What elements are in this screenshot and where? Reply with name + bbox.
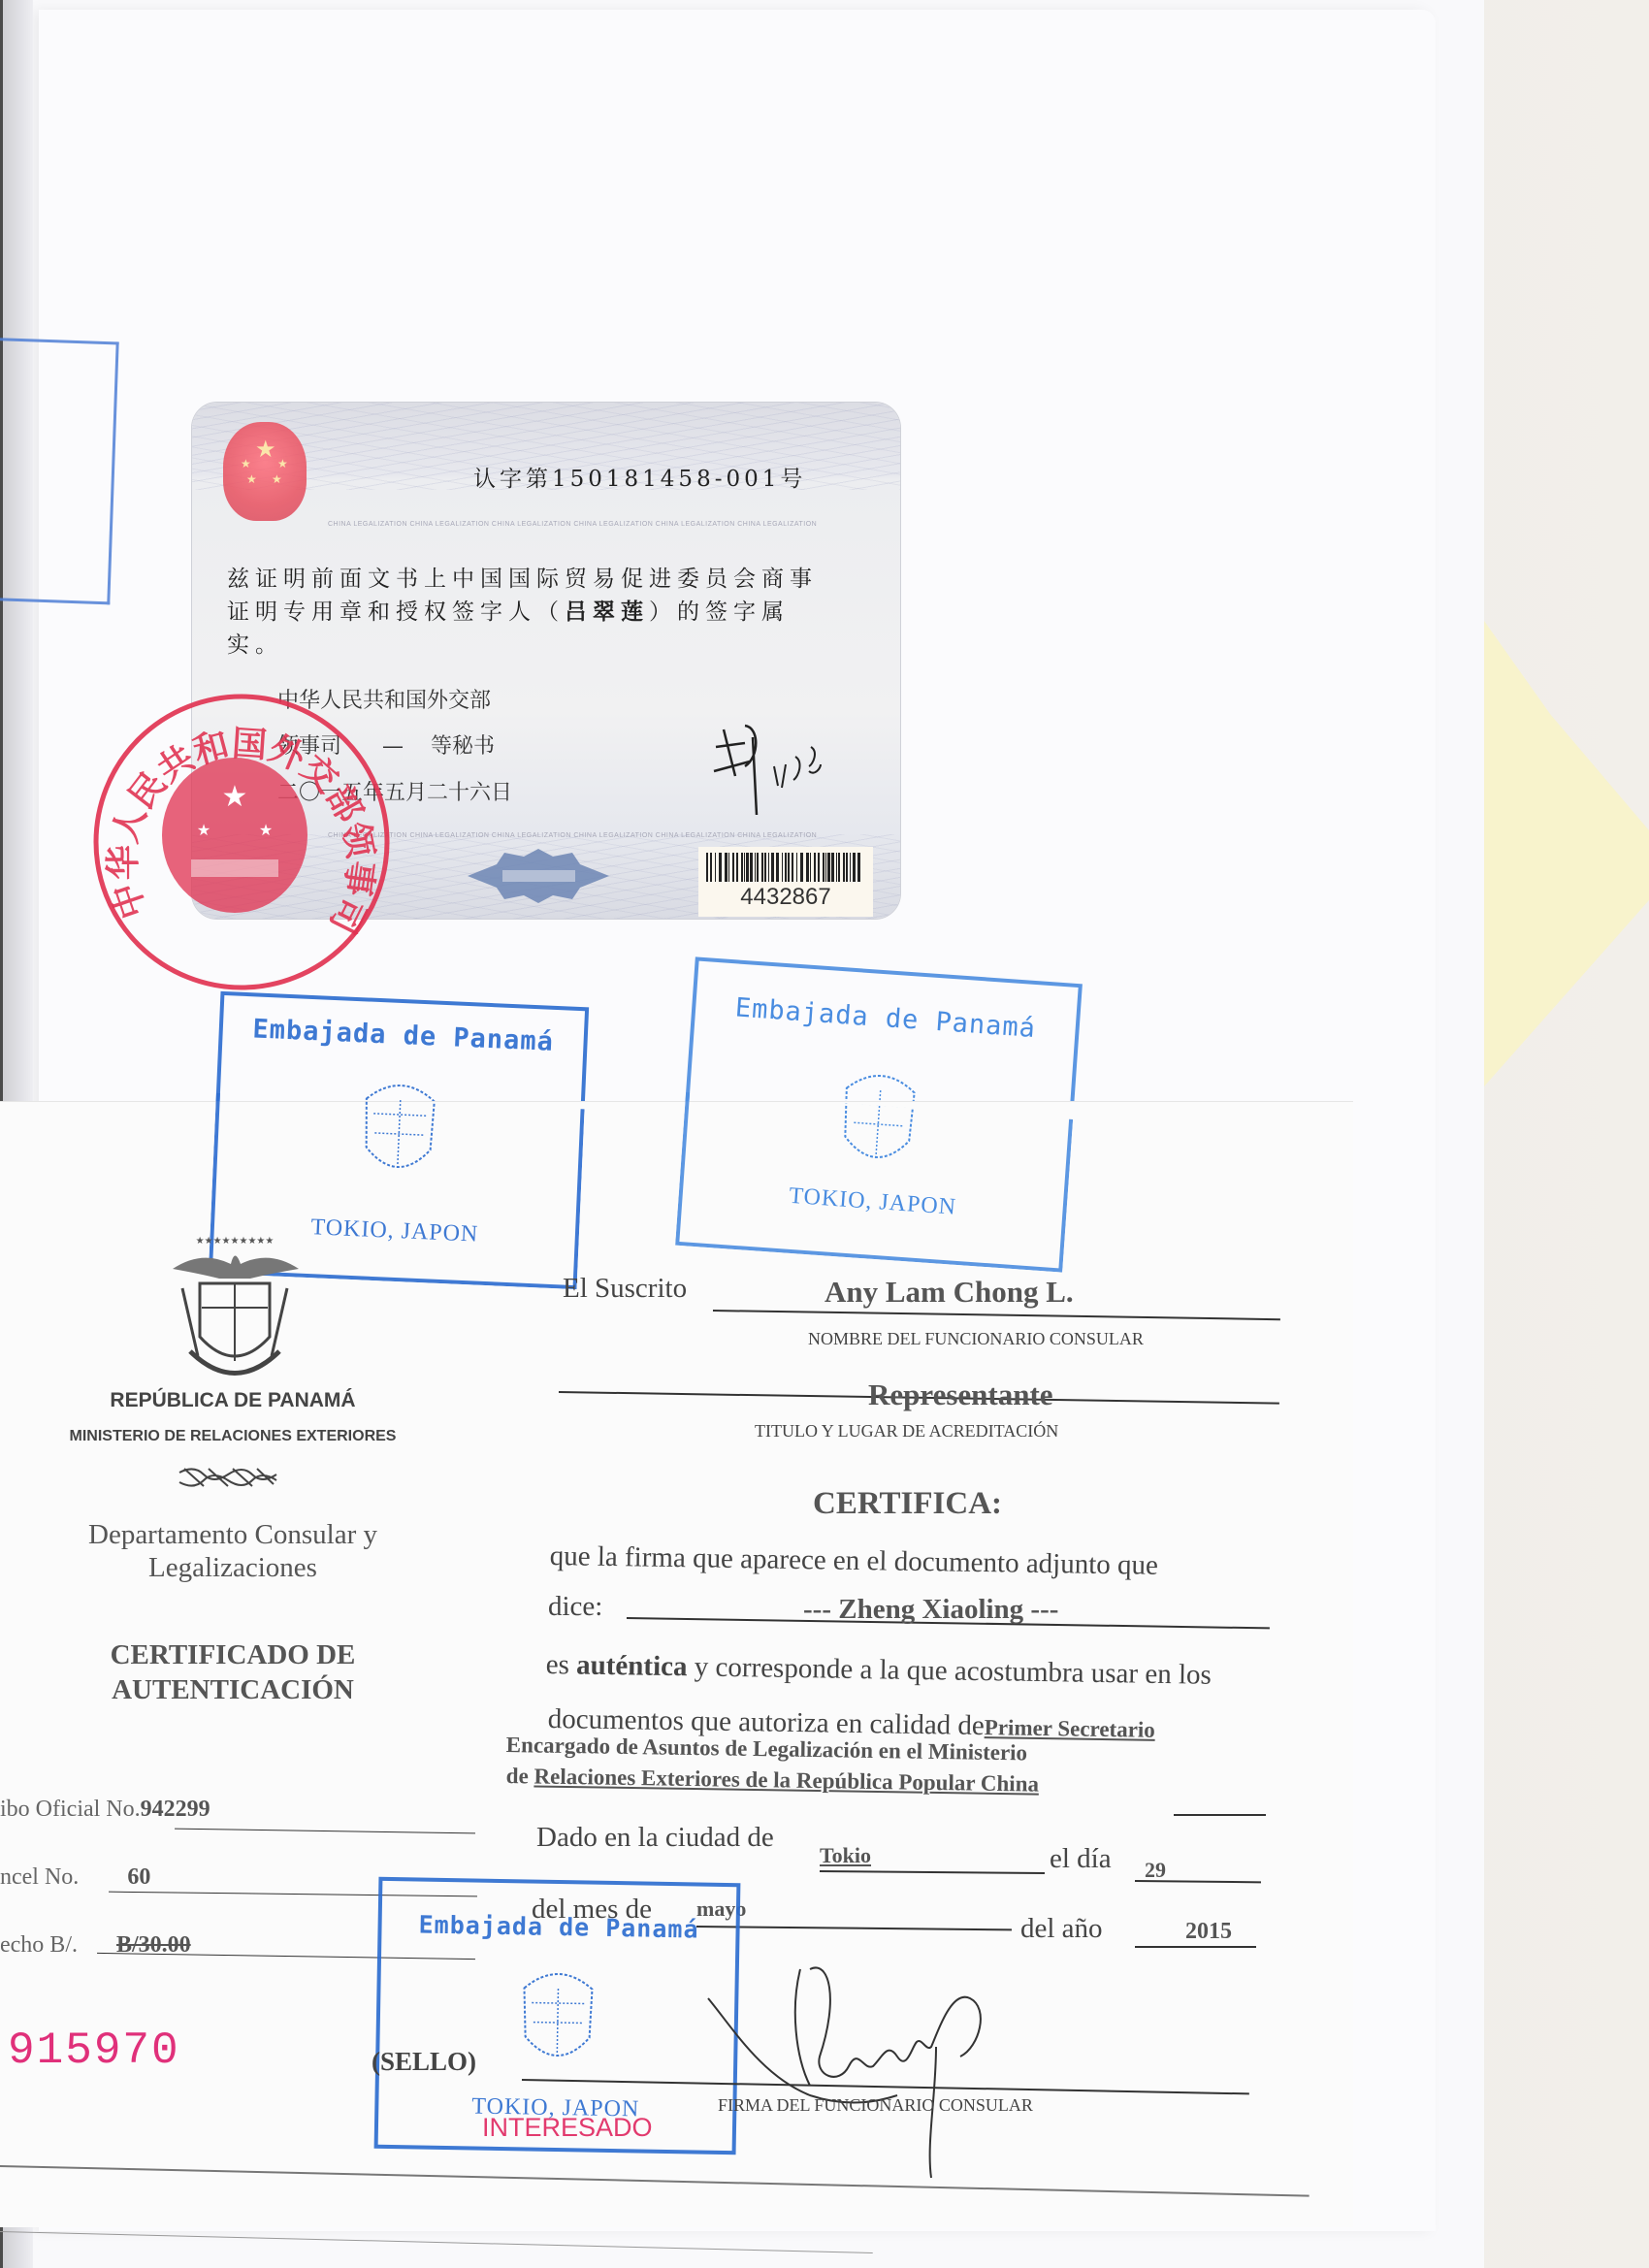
issue-year: 2015 (1185, 1919, 1232, 1945)
svg-text:★★★★★★★★★: ★★★★★★★★★ (196, 1236, 275, 1247)
republic-heading: REPÚBLICA DE PANAMÁ (39, 1389, 427, 1412)
handwritten-signature-icon (706, 718, 832, 825)
el-suscrito-label: El Suscrito (563, 1273, 687, 1305)
department-heading: Departamento Consular y Legalizaciones (39, 1518, 427, 1584)
microtext-line: CHINA LEGALIZATION CHINA LEGALIZATION CH… (328, 521, 900, 528)
panama-coat-of-arms-icon: ★★★★★★★★★ (163, 1230, 307, 1387)
consular-officer-name: Any Lam Chong L. (824, 1275, 1074, 1310)
name-caption: NOMBRE DEL FUNCIONARIO CONSULAR (808, 1329, 1144, 1349)
barcode-label: 4432867 (698, 847, 873, 917)
rope-ornament-icon (175, 1465, 281, 1490)
ministry-heading: MINISTERIO DE RELACIONES EXTERIORES (39, 1428, 427, 1445)
capacity-line-1: Primer Secretario (985, 1715, 1155, 1742)
signatory-name: 吕翠莲 (565, 599, 649, 625)
certificate-title: CERTIFICADO DE AUTENTICACIÓN (39, 1637, 427, 1707)
consular-officer-signature-icon (703, 1950, 1091, 2183)
partial-stamp-fragment (0, 338, 119, 605)
autentica-text: auténtica (576, 1649, 688, 1682)
tariff-number-field: ncel No.60 (0, 1864, 150, 1891)
interesado-stamp: INTERESADO (482, 2113, 653, 2143)
issue-day: 29 (1145, 1858, 1166, 1883)
barcode-icon (706, 853, 865, 882)
rule (1135, 1946, 1256, 1948)
officer-title: Representante (868, 1377, 1053, 1412)
signature-caption: FIRMA DEL FUNCIONARIO CONSULAR (718, 2095, 1033, 2116)
day-label: el día (1050, 1843, 1112, 1875)
city-label: Dado en la ciudad de (536, 1822, 774, 1854)
barcode-number: 4432867 (698, 884, 873, 911)
stamp-title: Embajada de Panamá (695, 990, 1076, 1047)
prc-national-emblem-icon: ★ ★ ★ ★ ★ (223, 422, 307, 521)
title-caption: TITULO Y LUGAR DE ACREDITACIÓN (755, 1421, 1058, 1442)
issue-city: Tokio (820, 1843, 871, 1868)
stamp-title: Embajada de Panamá (222, 1013, 584, 1058)
seal-label: (SELLO) (372, 2047, 476, 2077)
panama-crest-icon (512, 1959, 601, 2077)
serial-number: 915970 (8, 2025, 180, 2076)
stamp-title: Embajada de Panamá (381, 1910, 735, 1944)
svg-text:★: ★ (197, 823, 210, 839)
receipt-number-field: ibo Oficial No.942299 (0, 1797, 210, 1823)
microtext-line: CHINA LEGALIZATION CHINA LEGALIZATION CH… (328, 832, 900, 839)
certificate-number: 认字第150181458-001号 (473, 461, 806, 493)
dice-label: dice: (548, 1591, 602, 1623)
rule (1174, 1814, 1266, 1816)
year-label: del año (1020, 1913, 1103, 1945)
certifica-heading: CERTIFICA: (813, 1486, 1002, 1522)
legalization-statement: 兹证明前面文书上中国国际贸易促进委员会商事证明专用章和授权签字人（吕翠莲）的签字… (227, 563, 828, 662)
prc-emblem-seal-icon: 中华人民共和国外交部领事司 ★ ★ ★ (89, 690, 394, 994)
svg-text:★: ★ (259, 823, 273, 839)
signature-name: --- Zheng Xiaoling --- (803, 1594, 1058, 1626)
svg-text:★: ★ (222, 781, 248, 813)
security-hologram-icon (464, 847, 614, 905)
